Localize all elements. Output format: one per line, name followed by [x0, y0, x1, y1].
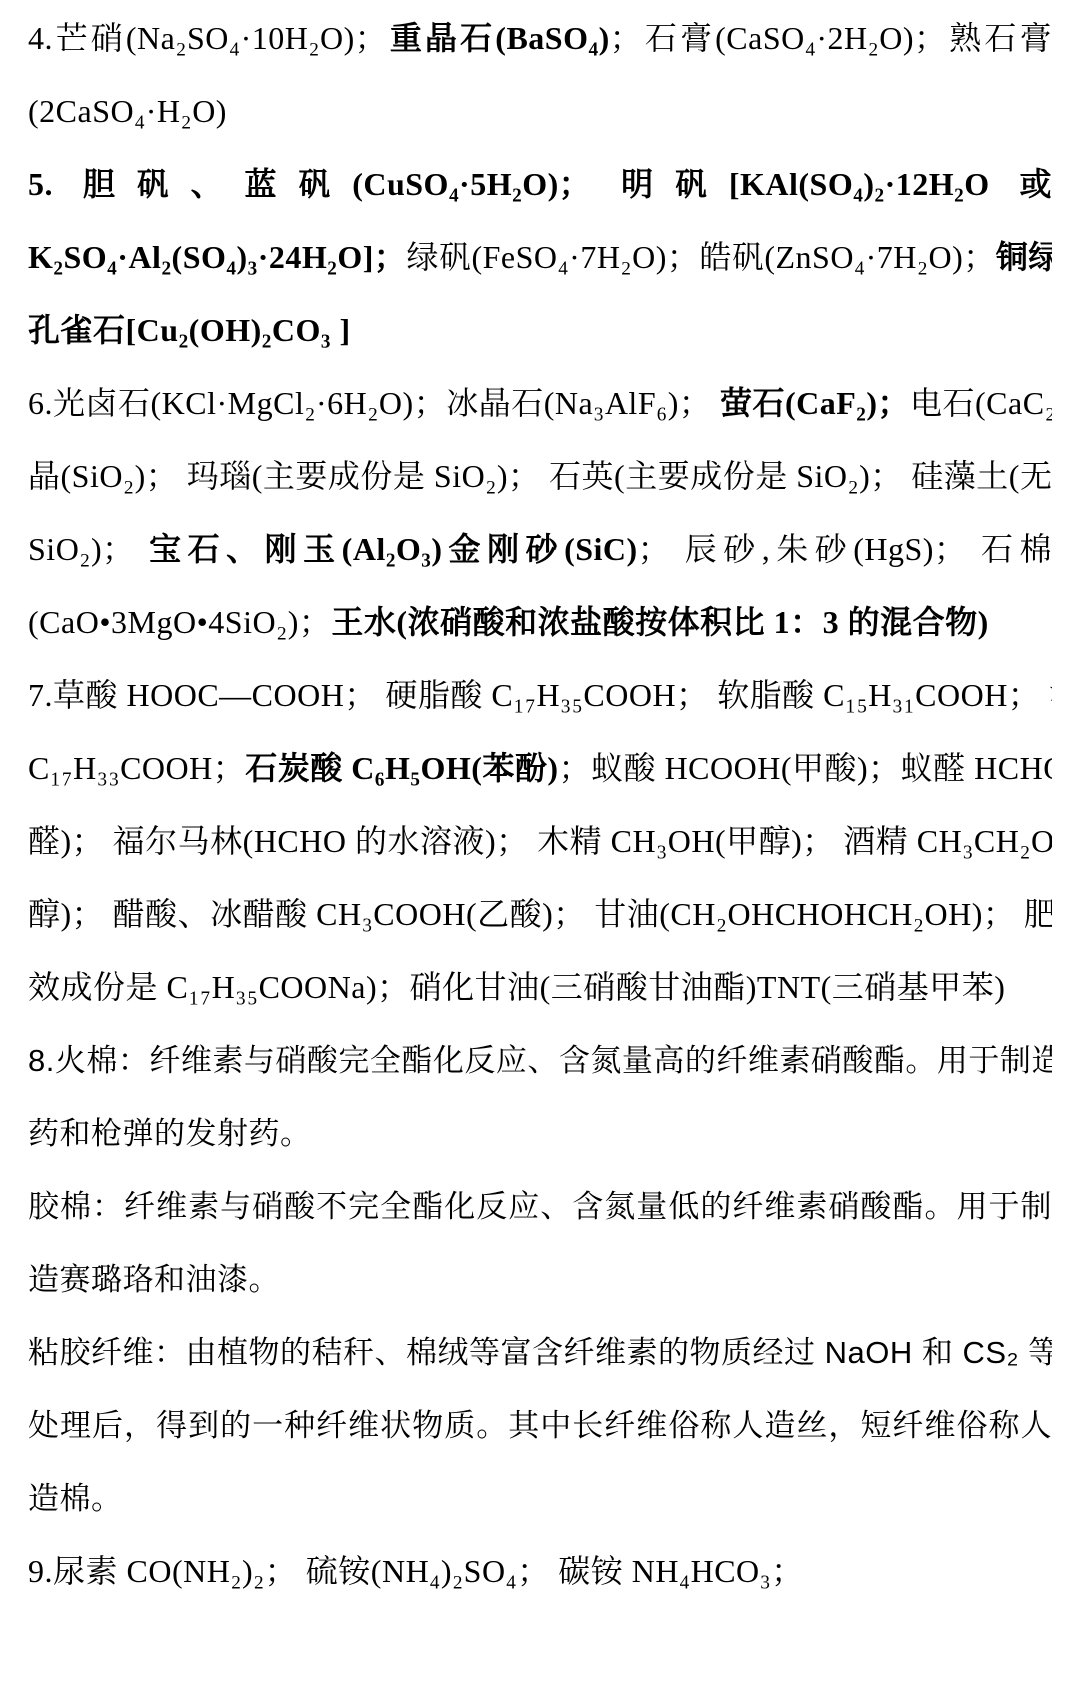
text-run: 5. 胆矾、蓝矾(CuSO₄·5H₂O)； 明矾[KAl(SO₄)₂·12H₂O… [28, 166, 1052, 202]
text-line: 醇)； 醋酸、冰醋酸 CH₃COOH(乙酸)； 甘油(CH₂OHCHOHCH₂O… [28, 878, 1052, 951]
text-run: K₂SO₄·Al₂(SO₄)₃·24H₂O]； [28, 239, 406, 275]
text-line: 处理后，得到的一种纤维状物质。其中长纤维俗称人造丝，短纤维俗称人 [28, 1389, 1052, 1462]
document-body: 4.芒硝(Na₂SO₄·10H₂O)；重晶石(BaSO₄)；石膏(CaSO₄·2… [28, 2, 1052, 1608]
text-run: 8.火棉：纤维素与硝酸完全酯化反应、含氮量高的纤维素硝酸酯。用于制造无烟火 [28, 1043, 1052, 1078]
text-line: 5. 胆矾、蓝矾(CuSO₄·5H₂O)； 明矾[KAl(SO₄)₂·12H₂O… [28, 148, 1052, 221]
text-run: ； 辰砂,朱砂(HgS)； 石棉 [638, 531, 1052, 567]
text-run: ；蚁酸 HCOOH(甲酸)；蚁醛 HCHO(甲 [559, 750, 1052, 786]
text-line: K₂SO₄·Al₂(SO₄)₃·24H₂O]；绿矾(FeSO₄·7H₂O)；皓矾… [28, 221, 1052, 294]
text-line: 药和枪弹的发射药。 [28, 1097, 1052, 1170]
text-run: (2CaSO₄·H₂O) [28, 93, 227, 129]
text-line: 粘胶纤维：由植物的秸秆、棉绒等富含纤维素的物质经过 NaOH 和 CS₂ 等 [28, 1316, 1052, 1389]
text-line: 8.火棉：纤维素与硝酸完全酯化反应、含氮量高的纤维素硝酸酯。用于制造无烟火 [28, 1024, 1052, 1097]
text-run: ；石膏(CaSO₄·2H₂O)；熟石膏 [610, 20, 1052, 56]
text-run: 晶(SiO₂)； 玛瑙(主要成份是 SiO₂)； 石英(主要成份是 SiO₂)；… [28, 458, 1052, 494]
text-line: 醛)； 福尔马林(HCHO 的水溶液)； 木精 CH₃OH(甲醇)； 酒精 CH… [28, 805, 1052, 878]
text-run: 孔雀石[Cu₂(OH)₂CO₃ ] [28, 312, 351, 348]
text-line: 效成份是 C₁₇H₃₅COONa)；硝化甘油(三硝酸甘油酯)TNT(三硝基甲苯) [28, 951, 1052, 1024]
text-run: 胶棉：纤维素与硝酸不完全酯化反应、含氮量低的纤维素硝酸酯。用于制 [28, 1189, 1052, 1224]
text-run: 铜绿、 [996, 239, 1052, 275]
text-line: 6.光卤石(KCl·MgCl₂·6H₂O)；冰晶石(Na₃AlF₆)； 萤石(C… [28, 367, 1052, 440]
text-line: 造赛璐珞和油漆。 [28, 1243, 1052, 1316]
text-run: SiO₂)； [28, 531, 149, 567]
text-run: 醇)； 醋酸、冰醋酸 CH₃COOH(乙酸)； 甘油(CH₂OHCHOHCH₂O… [28, 896, 1052, 932]
text-line: (2CaSO₄·H₂O) [28, 75, 1052, 148]
text-run: 电石(CaC₂)； 水 [910, 385, 1052, 421]
text-run: 醛)； 福尔马林(HCHO 的水溶液)； 木精 CH₃OH(甲醇)； 酒精 CH… [28, 823, 1052, 859]
text-run: 处理后，得到的一种纤维状物质。其中长纤维俗称人造丝，短纤维俗称人 [28, 1408, 1052, 1443]
text-run: 重晶石(BaSO₄) [387, 20, 609, 56]
text-run: 7.草酸 HOOC—COOH； 硬脂酸 C₁₇H₃₅COOH； 软脂酸 C₁₅H… [28, 677, 1052, 713]
text-line: 孔雀石[Cu₂(OH)₂CO₃ ] [28, 294, 1052, 367]
text-run: 绿矾(FeSO₄·7H₂O)；皓矾(ZnSO₄·7H₂O)； [406, 239, 995, 275]
text-line: 造棉。 [28, 1462, 1052, 1535]
text-run: 4.芒硝(Na₂SO₄·10H₂O)； [28, 20, 387, 56]
text-run: 王水(浓硝酸和浓盐酸按体积比 1：3 的混合物) [331, 604, 988, 640]
text-run: C₁₇H₃₃COOH； [28, 750, 245, 786]
text-run: 造赛璐珞和油漆。 [28, 1262, 280, 1297]
text-line: 7.草酸 HOOC—COOH； 硬脂酸 C₁₇H₃₅COOH； 软脂酸 C₁₅H… [28, 659, 1052, 732]
text-run: 效成份是 C₁₇H₃₅COONa)；硝化甘油(三硝酸甘油酯)TNT(三硝基甲苯) [28, 969, 1005, 1005]
text-line: 9.尿素 CO(NH₂)₂； 硫铵(NH₄)₂SO₄； 碳铵 NH₄HCO₃； [28, 1535, 1052, 1608]
text-run: (CaO•3MgO•4SiO₂)； [28, 604, 331, 640]
text-run: 药和枪弹的发射药。 [28, 1116, 312, 1151]
text-run: 宝石、刚玉(Al₂O₃)金刚砂(SiC) [149, 531, 638, 567]
text-run: 造棉。 [28, 1481, 123, 1516]
text-run: 6.光卤石(KCl·MgCl₂·6H₂O)；冰晶石(Na₃AlF₆)； [28, 385, 720, 421]
text-run: 9.尿素 CO(NH₂)₂； 硫铵(NH₄)₂SO₄； 碳铵 NH₄HCO₃； [28, 1553, 804, 1589]
text-run: 石炭酸 C₆H₅OH(苯酚) [245, 750, 558, 786]
text-line: C₁₇H₃₃COOH；石炭酸 C₆H₅OH(苯酚)；蚁酸 HCOOH(甲酸)；蚁… [28, 732, 1052, 805]
text-line: 晶(SiO₂)； 玛瑙(主要成份是 SiO₂)； 石英(主要成份是 SiO₂)；… [28, 440, 1052, 513]
text-line: 4.芒硝(Na₂SO₄·10H₂O)；重晶石(BaSO₄)；石膏(CaSO₄·2… [28, 2, 1052, 75]
text-run: 萤石(CaF₂)； [720, 385, 910, 421]
text-line: (CaO•3MgO•4SiO₂)；王水(浓硝酸和浓盐酸按体积比 1：3 的混合物… [28, 586, 1052, 659]
text-line: SiO₂)； 宝石、刚玉(Al₂O₃)金刚砂(SiC)； 辰砂,朱砂(HgS)；… [28, 513, 1052, 586]
text-line: 胶棉：纤维素与硝酸不完全酯化反应、含氮量低的纤维素硝酸酯。用于制 [28, 1170, 1052, 1243]
document-page: 4.芒硝(Na₂SO₄·10H₂O)；重晶石(BaSO₄)；石膏(CaSO₄·2… [0, 0, 1080, 1688]
text-run: 粘胶纤维：由植物的秸秆、棉绒等富含纤维素的物质经过 NaOH 和 CS₂ 等 [28, 1335, 1052, 1370]
